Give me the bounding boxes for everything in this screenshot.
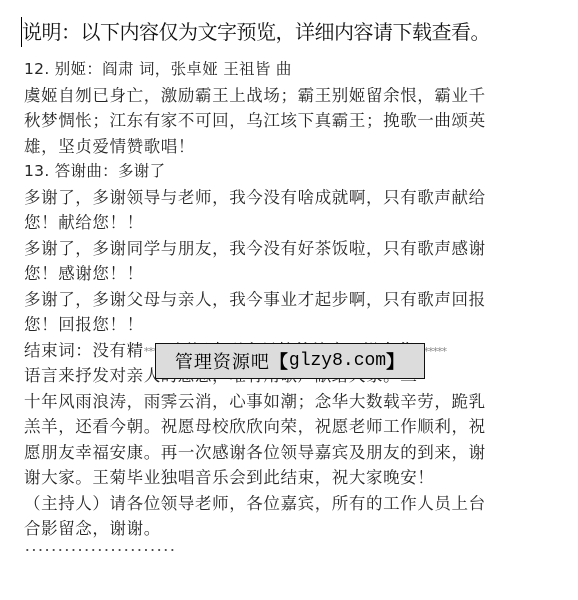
paragraph-line: 虞姬自刎已身亡，激励霸王上战场；霸王别姬留余恨，霸业千	[24, 83, 554, 109]
dotted-separator	[24, 548, 176, 552]
closing-text-a: 结束词：没有精	[24, 341, 144, 360]
document-body: 12. 别姬：阎肃 词，张卓娅 王祖皆 曲 虞姬自刎已身亡，激励霸王上战场；霸王…	[24, 57, 554, 552]
paragraph-line: 秋梦惆怅；江东有家不可回，乌江垓下真霸王；挽歌一曲颂英	[24, 108, 554, 134]
watermark-name: 管理资源吧	[175, 348, 270, 374]
preview-notice: 说明：以下内容仅为文字预览，详细内容请下载查看。	[22, 18, 490, 46]
paragraph-line: 愿朋友幸福安康。再一次感谢各位领导嘉宾及朋友的到来，谢	[24, 440, 554, 466]
paragraph-line: 谢大家。王菊毕业独唱音乐会到此结束，祝大家晚安！	[24, 465, 554, 491]
paragraph-line: 多谢了，多谢领导与老师，我今没有啥成就啊，只有歌声献给	[24, 185, 554, 211]
song-title-12: 12. 别姬：阎肃 词，张卓娅 王祖皆 曲	[24, 57, 554, 83]
paragraph-line: 您！回报您！！	[24, 312, 554, 338]
paragraph-line: 您！感谢您！！	[24, 261, 554, 287]
paragraph-line: 多谢了，多谢同学与朋友，我今没有好茶饭啦，只有歌声感谢	[24, 236, 554, 262]
paragraph-line: 合影留念，谢谢。	[24, 516, 554, 542]
paragraph-line: 羔羊，还看今朝。祝愿母校欣欣向荣，祝愿老师工作顺利，祝	[24, 414, 554, 440]
bracket-open: 【	[270, 348, 289, 374]
watermark-url: glzy8.com	[289, 351, 386, 371]
watermark-banner: 管理资源吧【glzy8.com】	[155, 343, 425, 379]
paragraph-line: 雄，坚贞爱情赞歌唱！	[24, 134, 554, 160]
paragraph-line: （主持人）请各位领导老师，各位嘉宾，所有的工作人员上台	[24, 491, 554, 517]
bracket-close: 】	[386, 348, 405, 374]
song-title-13: 13. 答谢曲：多谢了	[24, 159, 554, 185]
paragraph-line: 十年风雨浪涛，雨霁云消，心事如潮；念华大数载辛劳，跪乳	[24, 389, 554, 415]
paragraph-line: 您！献给您！！	[24, 210, 554, 236]
paragraph-line: 多谢了，多谢父母与亲人，我今事业才起步啊，只有歌声回报	[24, 287, 554, 313]
